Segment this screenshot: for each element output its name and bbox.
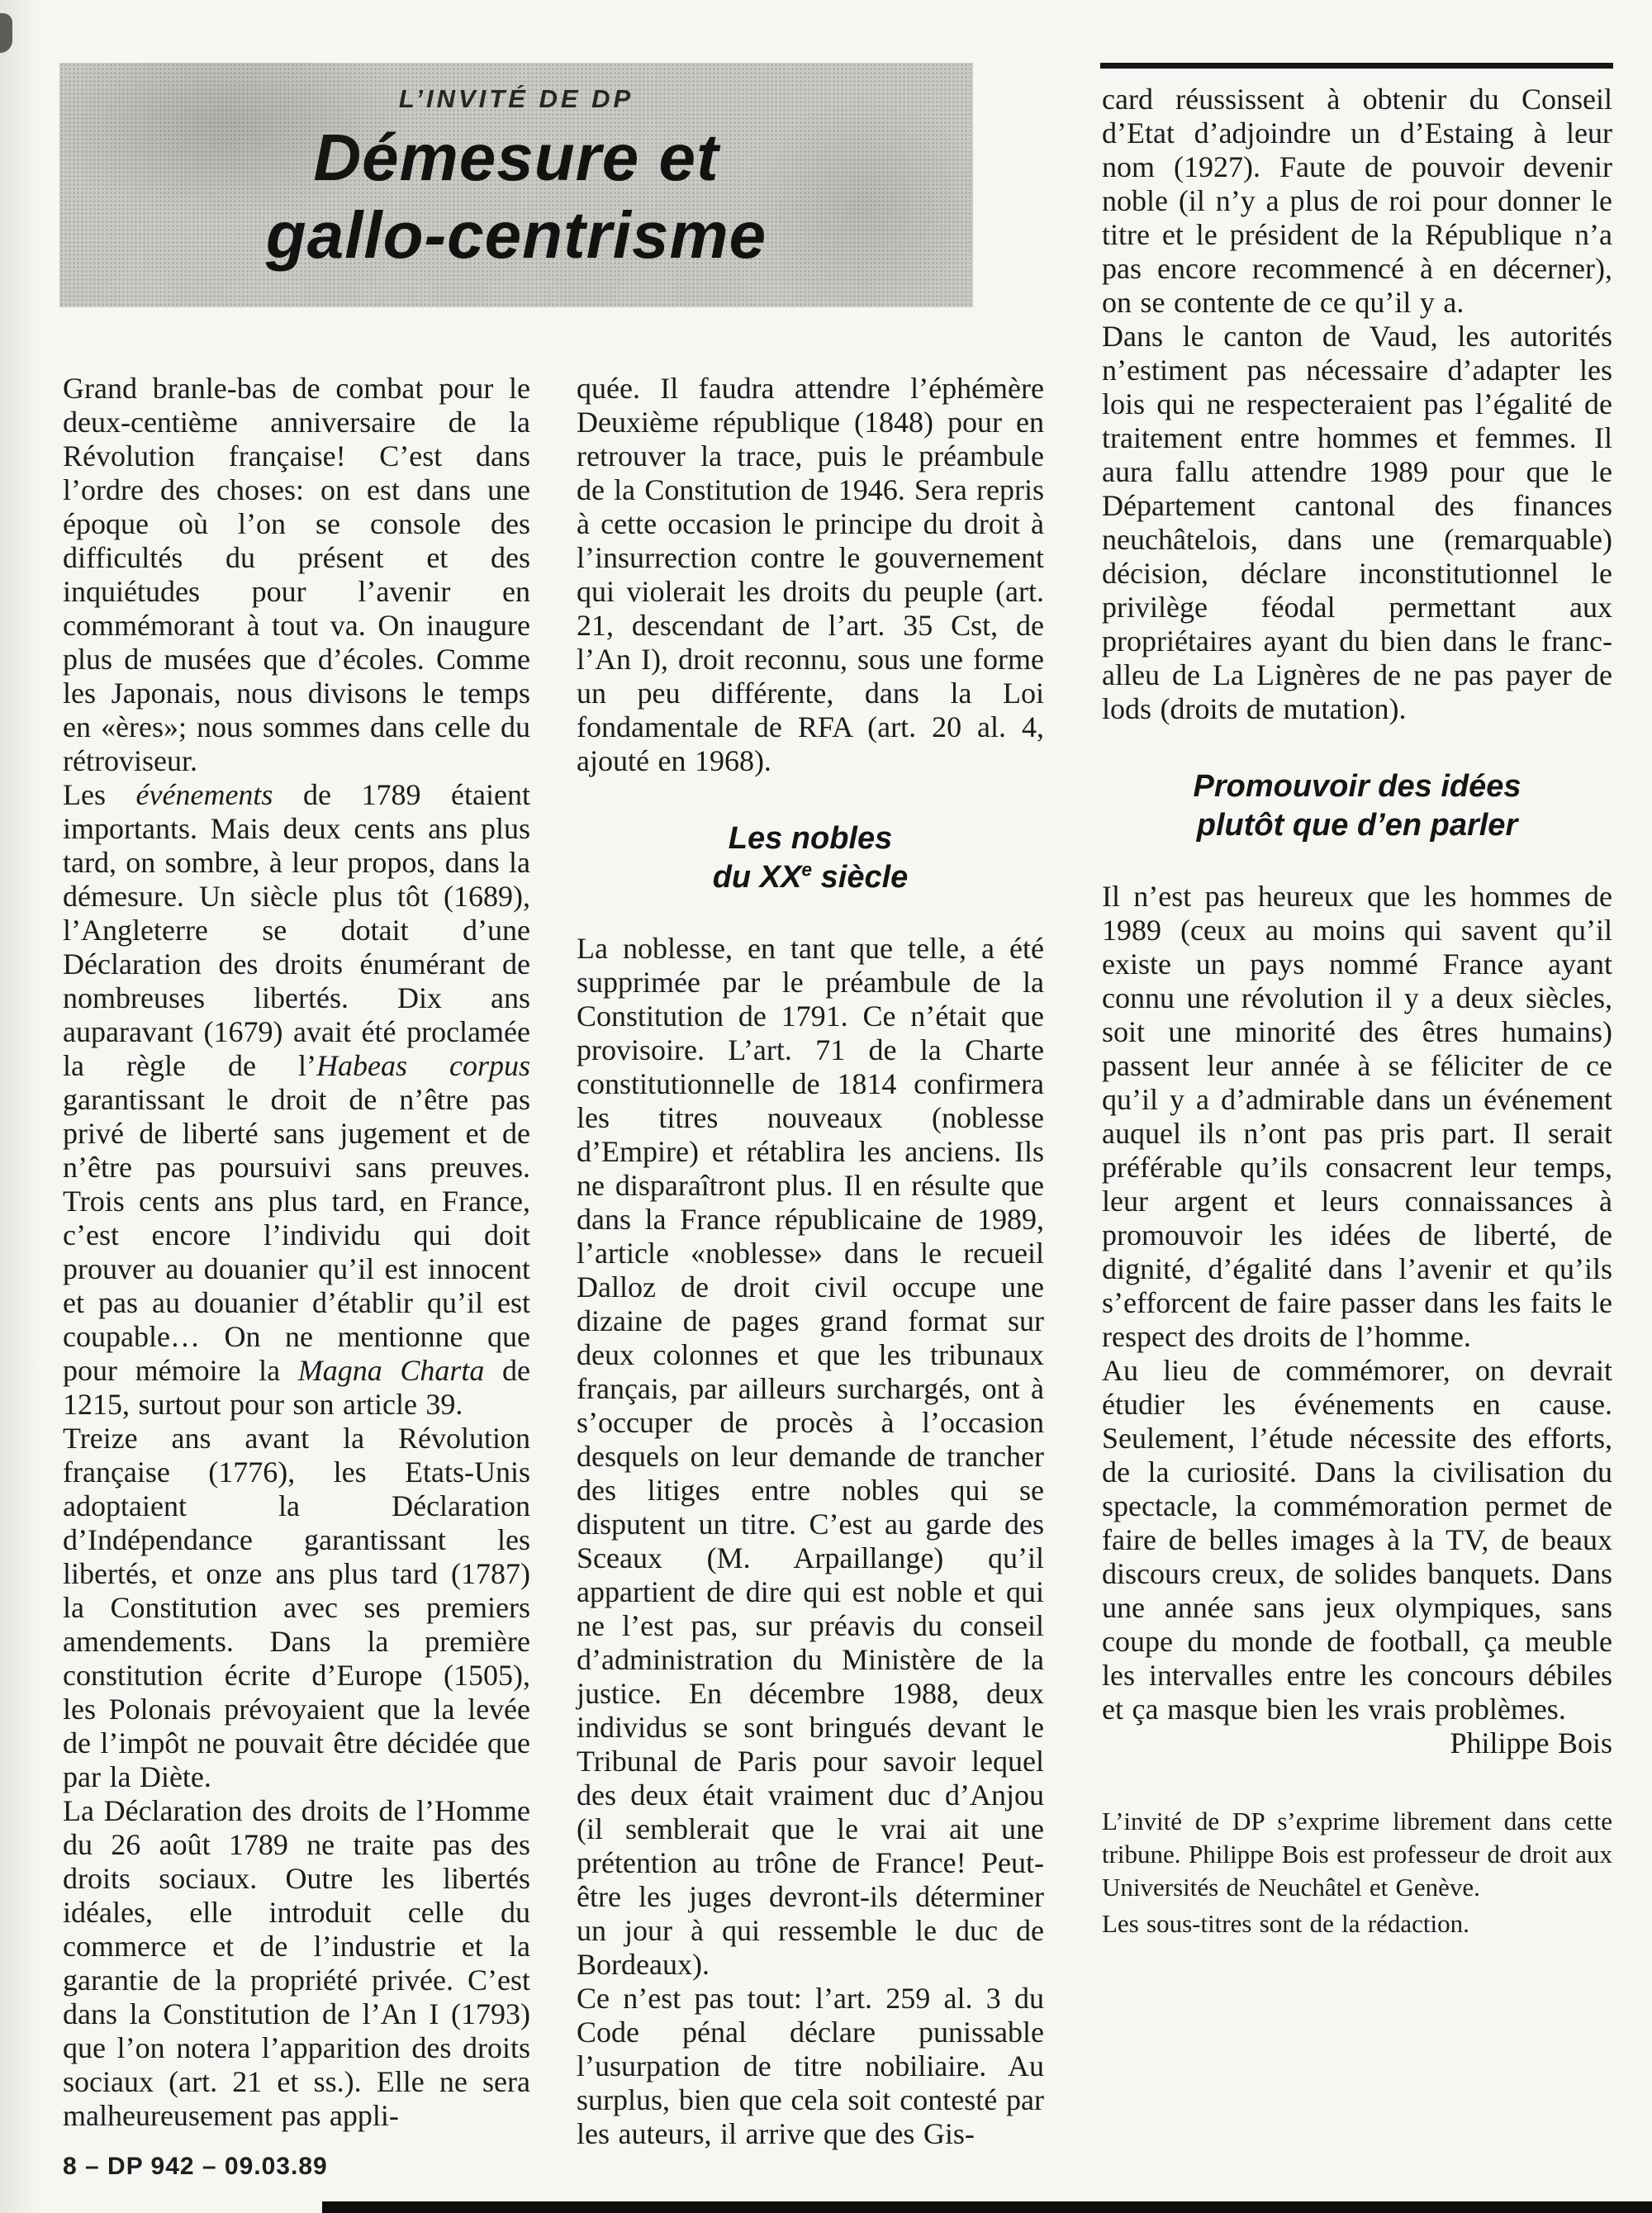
body-paragraph: Treize ans avant la Révolution française… — [63, 1422, 530, 1794]
section-subhead-promouvoir: Promouvoir des idées plutôt que d’en par… — [1102, 767, 1612, 845]
body-paragraph: Grand branle-bas de combat pour le deux-… — [63, 372, 530, 778]
article-title-line-2: gallo-centrisme — [59, 197, 973, 274]
subhead-line-2: plutôt que d’en parler — [1102, 806, 1612, 845]
scan-corner-speck — [0, 13, 12, 53]
column-top-rule — [1100, 63, 1613, 69]
article-title-line-1: Démesure et — [59, 119, 973, 197]
text-column-3: card réussissent à obtenir du Conseil d’… — [1102, 83, 1612, 1940]
editorial-footnotes: L’invité de DP s’exprime librement dans … — [1102, 1805, 1612, 1940]
body-paragraph: La noblesse, en tant que telle, a été su… — [577, 932, 1044, 1982]
body-paragraph: card réussissent à obtenir du Conseil d’… — [1102, 83, 1612, 320]
body-paragraph: quée. Il faudra attendre l’éphémère Deux… — [577, 372, 1044, 778]
article-title: Démesure et gallo-centrisme — [59, 119, 973, 274]
subhead-line-2: du XXe siècle — [577, 858, 1044, 897]
text-column-1: Grand branle-bas de combat pour le deux-… — [63, 372, 530, 2133]
body-paragraph: Ce n’est pas tout: l’art. 259 al. 3 du C… — [577, 1982, 1044, 2151]
body-paragraph: Au lieu de commémorer, on devrait étudie… — [1102, 1354, 1612, 1726]
subhead-line-1: Les nobles — [577, 819, 1044, 858]
footnote: L’invité de DP s’exprime librement dans … — [1102, 1805, 1612, 1904]
bottom-scan-bar — [322, 2201, 1652, 2213]
text-column-2: quée. Il faudra attendre l’éphémère Deux… — [577, 372, 1044, 2151]
page-imprint: 8 – DP 942 – 09.03.89 — [63, 2153, 328, 2181]
section-subhead-nobles: Les nobles du XXe siècle — [577, 819, 1044, 897]
scan-edge-shading — [0, 0, 43, 2213]
article-masthead-box: L’INVITÉ DE DP Démesure et gallo-centris… — [59, 63, 973, 307]
body-paragraph: Les événements de 1789 étaient important… — [63, 778, 530, 1422]
body-paragraph: Il n’est pas heureux que les hommes de 1… — [1102, 880, 1612, 1354]
footnote: Les sous-titres sont de la rédaction. — [1102, 1907, 1612, 1940]
body-paragraph: La Déclaration des droits de l’Homme du … — [63, 1794, 530, 2133]
scanned-article-page: L’INVITÉ DE DP Démesure et gallo-centris… — [0, 0, 1652, 2213]
article-kicker: L’INVITÉ DE DP — [59, 84, 973, 114]
author-signature: Philippe Bois — [1102, 1726, 1612, 1760]
subhead-line-1: Promouvoir des idées — [1102, 767, 1612, 806]
body-paragraph: Dans le canton de Vaud, les autorités n’… — [1102, 320, 1612, 726]
